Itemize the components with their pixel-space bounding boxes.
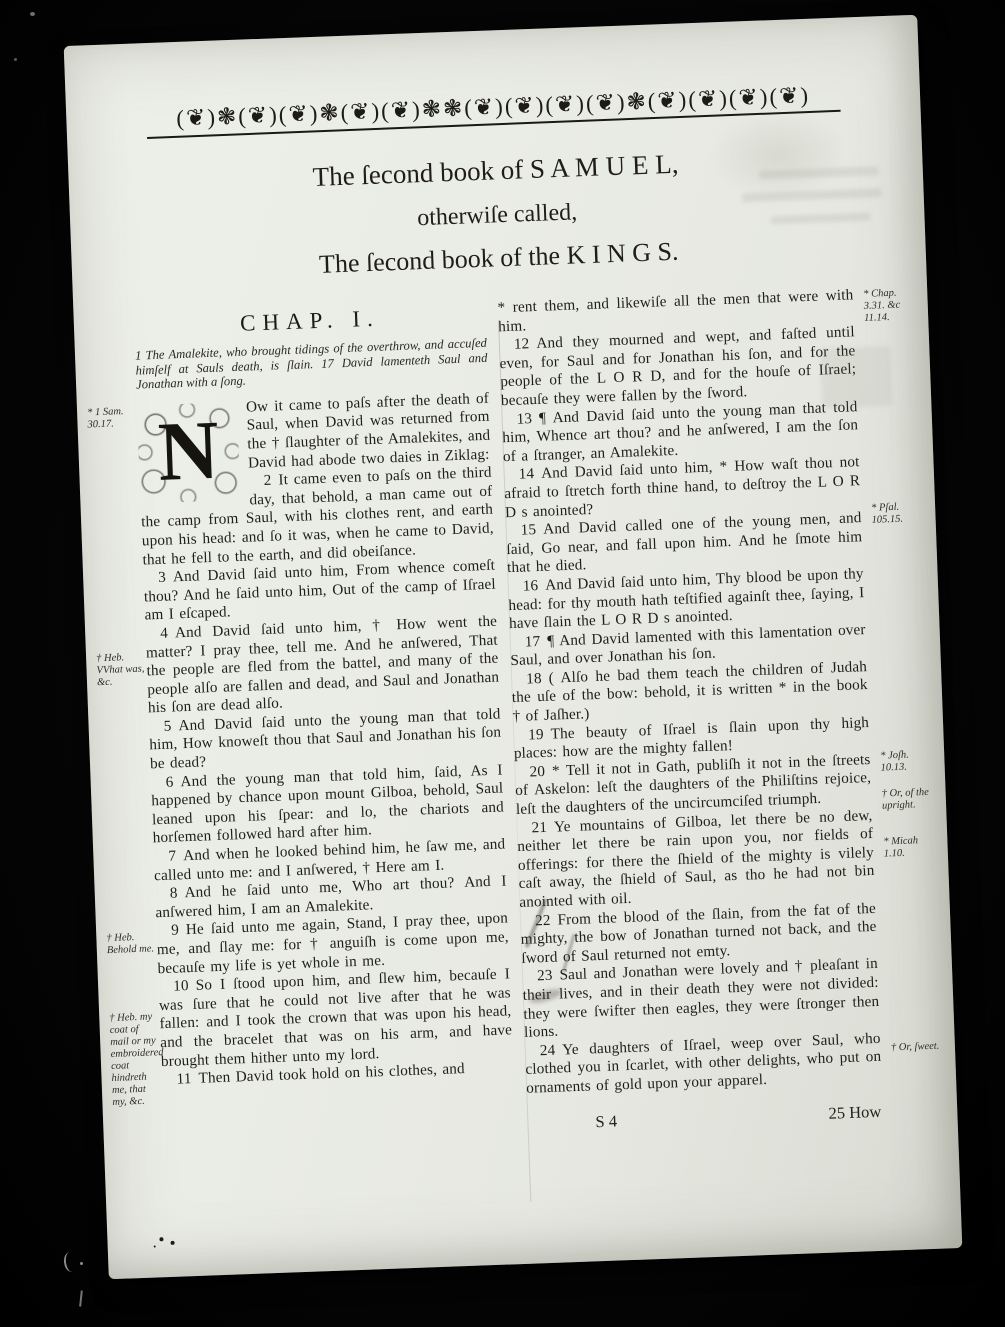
left-column: CHAP. I. 1 The Amalekite, who brought ti… xyxy=(133,300,515,1148)
margin-note: † Heb. my coat of mail or my embroidered… xyxy=(109,1011,160,1109)
verse-number: 3 xyxy=(158,569,166,586)
verse-paragraph: 23Saul and Jonathan were lovely and † pl… xyxy=(522,955,880,1042)
signature-mark: S 4 xyxy=(595,1111,617,1132)
verse-number: 8 xyxy=(169,885,177,902)
verse-text: So I ſtood upon him, and ſlew him, becau… xyxy=(159,966,513,1070)
verse-number: 10 xyxy=(173,977,189,995)
verse-number: 16 xyxy=(522,577,538,595)
verse-number: 18 xyxy=(526,670,542,688)
verse-number: 24 xyxy=(539,1041,555,1059)
margin-note: * Joſh. 10.13. xyxy=(880,749,937,775)
verse-text: Ow it came to paſs after the death of Sa… xyxy=(246,390,491,472)
margin-note: † Or, of the upright. xyxy=(881,787,938,813)
verse-text: Saul and Jonathan were lovely and † plea… xyxy=(522,955,879,1041)
photo-backdrop: { "ornament": "(❦)❃(❦)(❦)❃(❦)(❦)❃❃(❦)(❦)… xyxy=(0,0,1005,1327)
verse-number: 11 xyxy=(176,1070,192,1088)
verse-number: 14 xyxy=(518,465,534,483)
verse-number: 15 xyxy=(520,521,536,539)
verse-number: 13 xyxy=(516,410,532,428)
verse-text: Ye mountains of Gilboa, let there be no … xyxy=(517,807,875,911)
verse-text: And the young man that told him, ſaid, A… xyxy=(151,761,504,847)
margin-note: * 1 Sam. 30.17. xyxy=(87,406,136,432)
margin-note: † Heb. VVhat was, &c. xyxy=(96,652,145,690)
chapter-summary: 1 The Amalekite, who brought tidings of … xyxy=(135,336,488,393)
ink-specks xyxy=(159,1237,163,1241)
verse-paragraph: N Ow it came to paſs after the death of … xyxy=(137,390,491,477)
catchword: 25 How xyxy=(828,1101,881,1123)
verse-paragraph: 21Ye mountains of Gilboa, let there be n… xyxy=(516,807,875,913)
margin-note: † Heb. Behold me. xyxy=(106,931,155,957)
margin-note: † Or, ſweet. xyxy=(891,1040,947,1054)
verse-paragraph: 6And the young man that told him, ſaid, … xyxy=(150,761,504,848)
photo-artifact xyxy=(69,1289,83,1306)
verse-paragraph: 10So I ſtood upon him, and ſlew him, bec… xyxy=(158,966,513,1072)
verse-number: 22 xyxy=(535,911,551,929)
verse-number: 4 xyxy=(160,625,168,642)
right-column: * rent them, and likewiſe all the men th… xyxy=(497,286,883,1134)
verse-number: 21 xyxy=(531,819,547,837)
verse-number: 23 xyxy=(537,967,553,985)
photo-artifact xyxy=(30,12,35,16)
photo-artifact xyxy=(80,1262,83,1265)
verse-number: 7 xyxy=(168,848,176,865)
photo-artifact xyxy=(14,58,17,61)
ornament-band: (❦)❃(❦)(❦)❃(❦)(❦)❃❃(❦)(❦)(❦)(❦)❃(❦)(❦)(❦… xyxy=(143,82,843,134)
verse-number: 6 xyxy=(165,773,173,790)
margin-note: * Pſal. 105.15. xyxy=(871,501,928,527)
chapter-heading: CHAP. I. xyxy=(134,302,487,341)
show-through-smudge xyxy=(820,346,892,409)
verse-number: 19 xyxy=(528,726,544,744)
photo-artifact xyxy=(63,1251,80,1273)
verse-text: And they mourned and wept, and faſted un… xyxy=(499,323,856,409)
verse-number: 2 xyxy=(263,472,271,489)
verse-number: 20 xyxy=(529,763,545,781)
text-columns: CHAP. I. 1 The Amalekite, who brought ti… xyxy=(74,284,958,1150)
book-page: (❦)❃(❦)(❦)❃(❦)(❦)❃❃(❦)(❦)(❦)(❦)❃(❦)(❦)(❦… xyxy=(64,15,963,1279)
verse-number: 9 xyxy=(171,922,179,939)
margin-note: * Micah 1.10. xyxy=(883,835,940,861)
verse-number: 12 xyxy=(514,335,530,353)
verse-paragraph: 12And they mourned and wept, and faſted … xyxy=(499,323,857,410)
margin-note: * Chap. 3.31. &c 11.14. xyxy=(863,287,920,325)
verse-number: 5 xyxy=(163,717,171,734)
drop-cap-letter: N xyxy=(158,442,219,463)
verse-text: And David ſaid unto him, † How went the … xyxy=(146,612,500,716)
verse-number: 17 xyxy=(525,633,541,651)
verse-paragraph: 4And David ſaid unto him, † How went the… xyxy=(145,612,500,718)
drop-cap-initial: N xyxy=(137,402,241,504)
